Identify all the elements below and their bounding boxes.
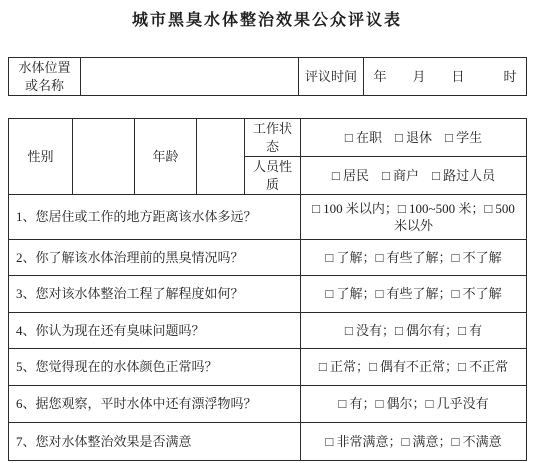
question-row-1: 1、您居住或工作的地方距离该水体多远？ □ 100 米以内；□ 100~500 … [9, 195, 527, 240]
question-text: 5、您觉得现在的水体颜色正常吗？ [9, 349, 301, 386]
review-time-label-cell: 评议时间 [299, 58, 364, 96]
work-status-label-cell: 工作状态 [245, 119, 301, 157]
question-row-2: 2、你了解该水体治理前的黑臭情况吗？ □ 了解；□ 有些了解；□ 不了解 [9, 240, 527, 276]
question-row-3: 3、您对该水体整治工程了解程度如何？ □ 了解；□ 有些了解；□ 不了解 [9, 276, 527, 313]
question-text: 7、您对水体整治效果是否满意 [9, 423, 301, 461]
location-label-cell: 水体位置或名称 [9, 58, 81, 96]
review-time-value-cell: 年 月 日 时 [364, 58, 527, 96]
question-text: 3、您对该水体整治工程了解程度如何？ [9, 276, 301, 313]
form-page: 城市黑臭水体整治效果公众评议表 水体位置或名称 评议时间 年 月 日 时 性别 … [0, 0, 534, 463]
question-text: 6、据您观察，平时水体中还有漂浮物吗？ [9, 386, 301, 423]
question-row-7: 7、您对水体整治效果是否满意 □ 非常满意；□ 满意；□ 不满意 [9, 423, 527, 461]
age-label-cell: 年龄 [135, 119, 197, 195]
person-type-options-cell: □ 居民 □ 商户 □ 路过人员 [301, 157, 527, 195]
gender-label-cell: 性别 [9, 119, 73, 195]
question-row-6: 6、据您观察，平时水体中还有漂浮物吗？ □ 有；□ 偶尔；□ 几乎没有 [9, 386, 527, 423]
question-options: □ 有；□ 偶尔；□ 几乎没有 [301, 386, 527, 423]
info-row: 水体位置或名称 评议时间 年 月 日 时 [9, 58, 527, 96]
question-options: □ 非常满意；□ 满意；□ 不满意 [301, 423, 527, 461]
location-value-cell [81, 58, 299, 96]
info-table: 水体位置或名称 评议时间 年 月 日 时 [8, 57, 527, 96]
question-options: □ 了解；□ 有些了解；□ 不了解 [301, 240, 527, 276]
question-text: 1、您居住或工作的地方距离该水体多远？ [9, 195, 301, 240]
age-value-cell [197, 119, 245, 195]
question-options: □ 没有；□ 偶尔有；□ 有 [301, 313, 527, 349]
question-row-4: 4、你认为现在还有臭味问题吗？ □ 没有；□ 偶尔有；□ 有 [9, 313, 527, 349]
question-options: □ 正常；□ 偶有不正常；□ 不正常 [301, 349, 527, 386]
question-row-5: 5、您觉得现在的水体颜色正常吗？ □ 正常；□ 偶有不正常；□ 不正常 [9, 349, 527, 386]
question-text: 2、你了解该水体治理前的黑臭情况吗？ [9, 240, 301, 276]
survey-table: 性别 年龄 工作状态 □ 在职 □ 退休 □ 学生 人员性质 □ 居民 □ 商户… [8, 118, 527, 461]
work-status-options-cell: □ 在职 □ 退休 □ 学生 [301, 119, 527, 157]
person-type-label-cell: 人员性质 [245, 157, 301, 195]
page-title: 城市黑臭水体整治效果公众评议表 [0, 7, 534, 30]
question-text: 4、你认为现在还有臭味问题吗？ [9, 313, 301, 349]
gender-value-cell [73, 119, 135, 195]
question-options: □ 了解；□ 有些了解；□ 不了解 [301, 276, 527, 313]
profile-row-work-status: 性别 年龄 工作状态 □ 在职 □ 退休 □ 学生 [9, 119, 527, 157]
question-options: □ 100 米以内；□ 100~500 米；□ 500 米以外 [301, 195, 527, 240]
